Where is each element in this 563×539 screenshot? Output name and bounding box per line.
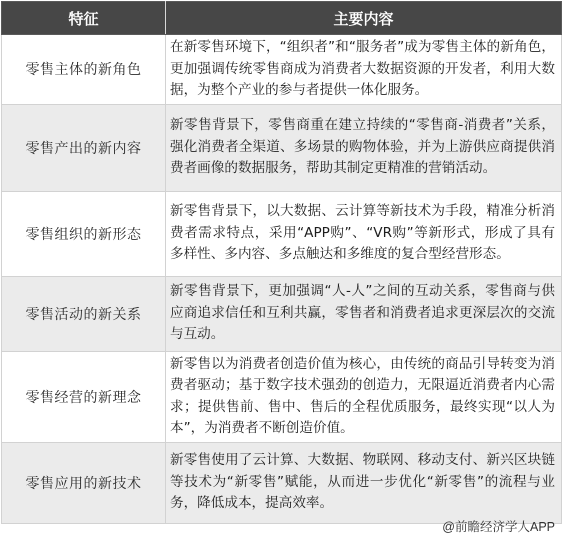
table-row: 零售主体的新角色 在新零售环境下，“组织者”和“服务者”成为零售主体的新角色，更… xyxy=(2,35,562,105)
feature-cell: 零售产出的新内容 xyxy=(2,104,166,191)
table-row: 零售产出的新内容 新零售背景下，零售商重在建立持续的“零售商-消费者”关系，强化… xyxy=(2,104,562,191)
source-attribution: @前瞻经济学人APP xyxy=(442,517,555,535)
feature-cell: 零售应用的新技术 xyxy=(2,442,166,523)
header-content: 主要内容 xyxy=(166,2,562,35)
content-cell: 新零售背景下，以大数据、云计算等新技术为手段，精准分析消费者需求特点，采用“AP… xyxy=(166,191,562,276)
table-header-row: 特征 主要内容 xyxy=(2,2,562,35)
feature-cell: 零售活动的新关系 xyxy=(2,276,166,351)
table-row: 零售活动的新关系 新零售背景下，更加强调“人-人”之间的互动关系，零售商与供应商… xyxy=(2,276,562,351)
content-cell: 新零售使用了云计算、大数据、物联网、移动支付、新兴区块链等技术为“新零售”赋能，… xyxy=(166,442,562,523)
content-cell: 新零售以为消费者创造价值为核心，由传统的商品引导转变为消费者驱动；基于数字技术强… xyxy=(166,351,562,442)
content-cell: 在新零售环境下，“组织者”和“服务者”成为零售主体的新角色，更加强调传统零售商成… xyxy=(166,35,562,105)
feature-cell: 零售经营的新理念 xyxy=(2,351,166,442)
header-feature: 特征 xyxy=(2,2,166,35)
feature-cell: 零售组织的新形态 xyxy=(2,191,166,276)
content-cell: 新零售背景下，更加强调“人-人”之间的互动关系，零售商与供应商追求信任和互利共赢… xyxy=(166,276,562,351)
table-row: 零售应用的新技术 新零售使用了云计算、大数据、物联网、移动支付、新兴区块链等技术… xyxy=(2,442,562,523)
content-cell: 新零售背景下，零售商重在建立持续的“零售商-消费者”关系，强化消费者全渠道、多场… xyxy=(166,104,562,191)
table-row: 零售组织的新形态 新零售背景下，以大数据、云计算等新技术为手段，精准分析消费者需… xyxy=(2,191,562,276)
feature-cell: 零售主体的新角色 xyxy=(2,35,166,105)
table-row: 零售经营的新理念 新零售以为消费者创造价值为核心，由传统的商品引导转变为消费者驱… xyxy=(2,351,562,442)
retail-features-table: 特征 主要内容 零售主体的新角色 在新零售环境下，“组织者”和“服务者”成为零售… xyxy=(1,1,562,524)
